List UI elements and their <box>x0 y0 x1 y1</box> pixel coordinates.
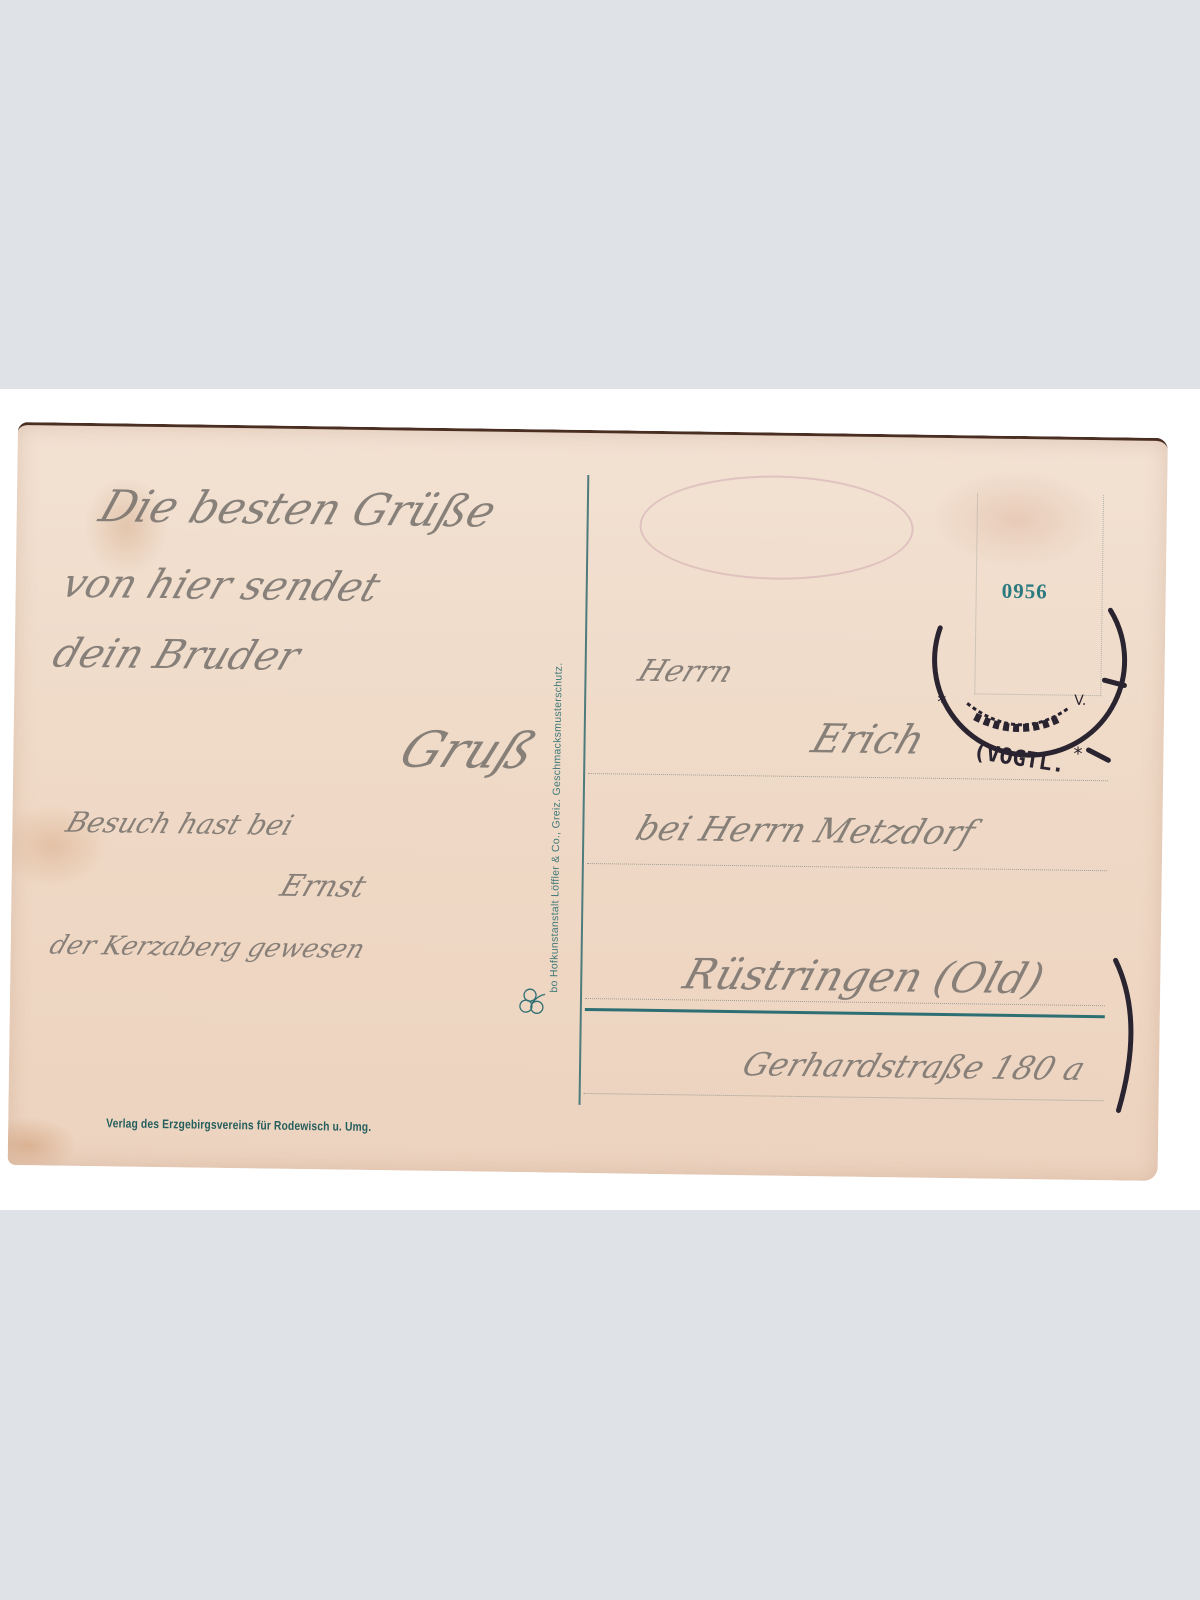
printer-imprint: bo Hofkunstanstalt Löffler & Co., Greiz.… <box>548 662 565 992</box>
postmark-icon: * * (VOGTL. V. <box>908 587 1141 820</box>
address-town: Rüstringen (Old) <box>678 949 1050 1003</box>
message-signature: Gruß <box>391 721 545 780</box>
svg-text:*: * <box>937 692 946 713</box>
message-line-3: dein Bruder <box>47 631 306 680</box>
address-salutation: Herrn <box>633 654 738 690</box>
postscript-line-2: Ernst <box>276 869 371 905</box>
clover-logo-icon <box>518 987 548 1017</box>
address-line-4 <box>584 1093 1104 1101</box>
postmark-partial-icon <box>1098 950 1150 1121</box>
svg-text:(VOGTL.: (VOGTL. <box>971 740 1066 779</box>
address-line-2 <box>587 863 1107 871</box>
faint-oval-stamp <box>639 474 914 582</box>
postscript-line-3: der Kerzaberg gewesen <box>46 931 369 965</box>
svg-text:*: * <box>1073 744 1082 765</box>
message-line-1: Die besten Grüße <box>93 481 502 537</box>
publisher-imprint: Verlag des Erzgebirgsvereins für Rodewis… <box>106 1116 371 1134</box>
postcard-back: Die besten Grüße von hier sendet dein Br… <box>8 422 1168 1181</box>
address-line-main <box>585 1008 1105 1018</box>
address-street: Gerhardstraße 180 a <box>738 1045 1091 1088</box>
svg-text:V.: V. <box>1074 693 1086 709</box>
postscript-line-1: Besuch hast bei <box>62 806 298 842</box>
message-line-2: von hier sendet <box>56 561 386 611</box>
